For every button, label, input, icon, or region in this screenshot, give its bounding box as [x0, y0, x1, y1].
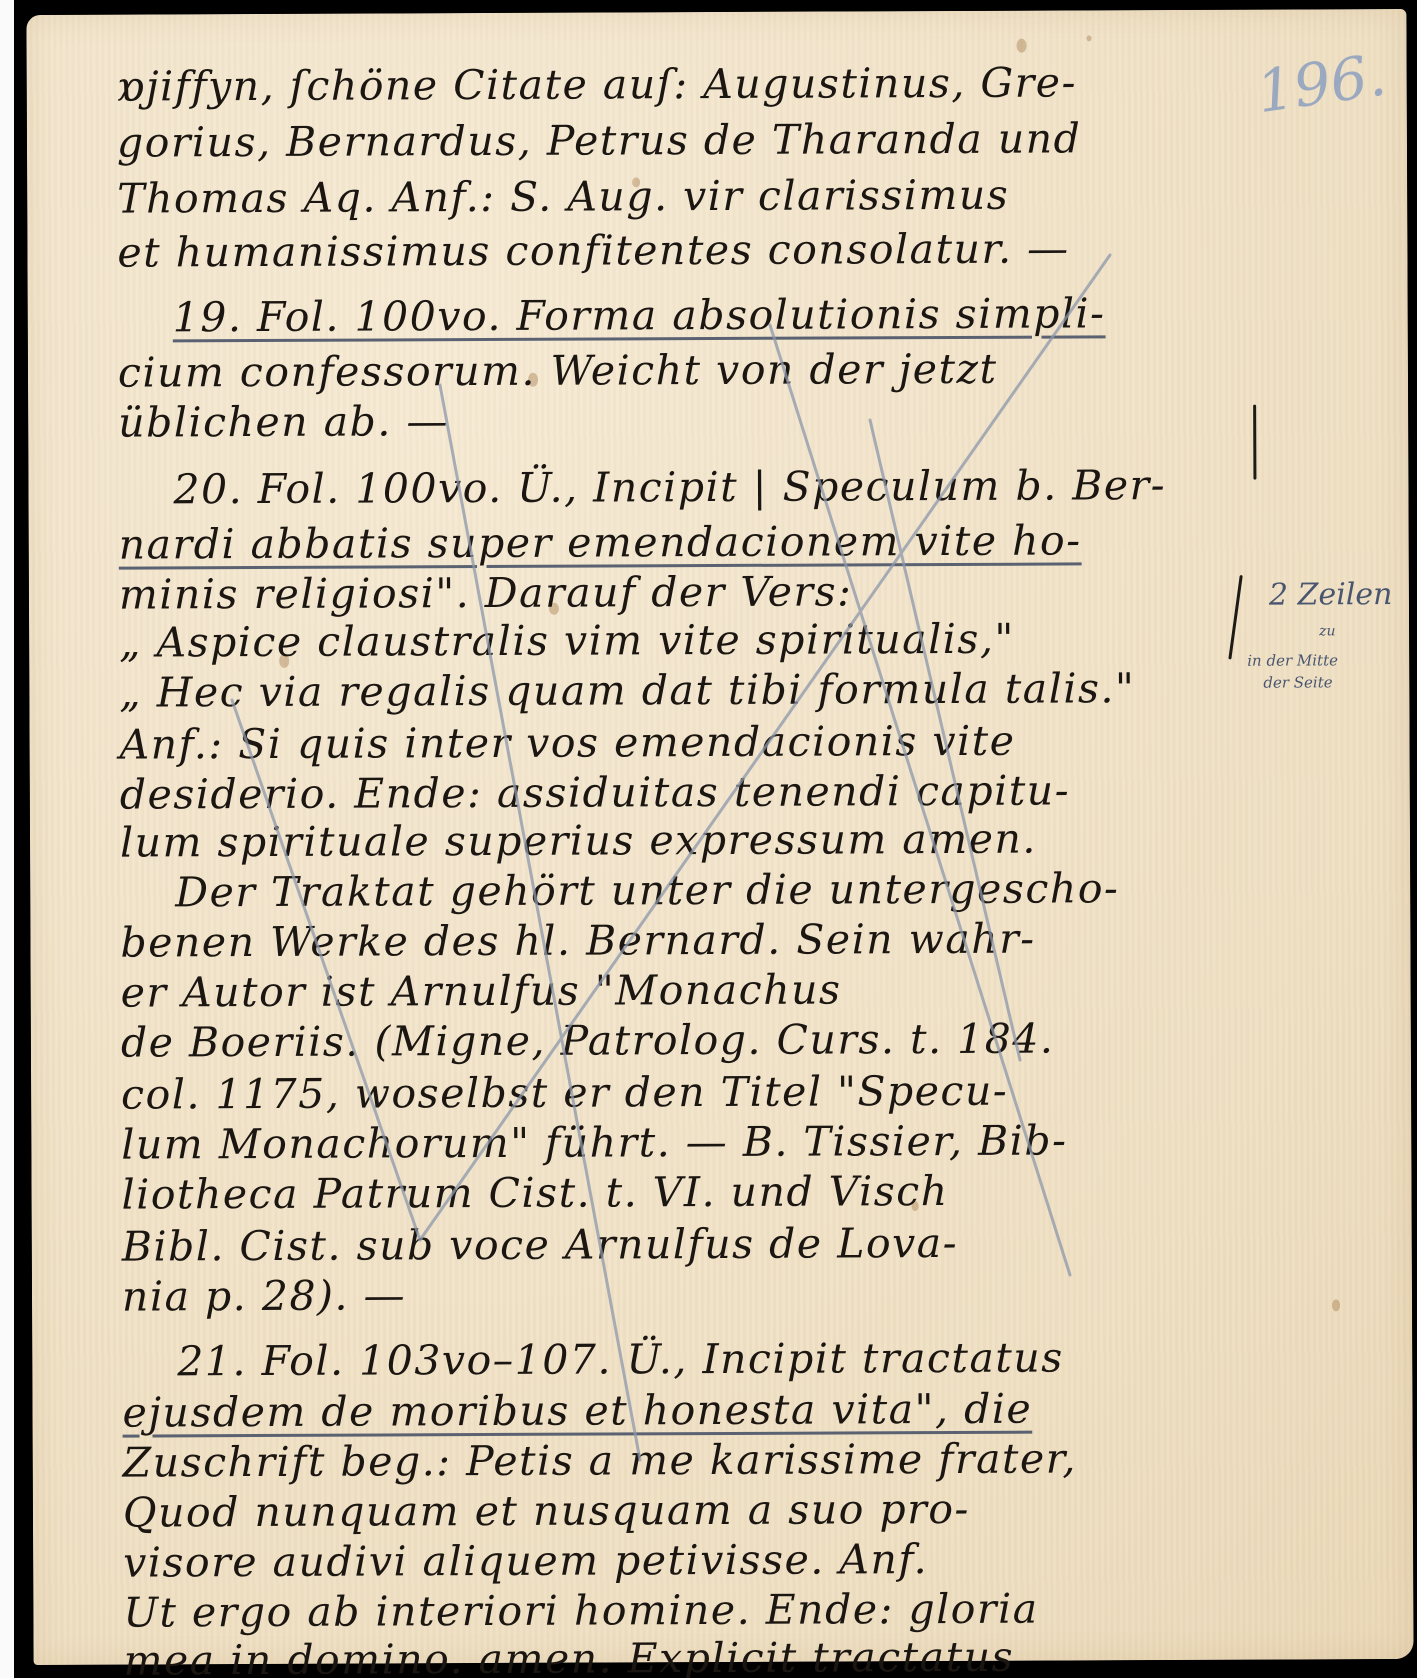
text-line: ejusdem de moribus et honesta vita", die [122, 1389, 1032, 1434]
text-line: Anf.: Si quis inter vos emendacionis vit… [120, 721, 1016, 766]
text-line: minis religiosi". Darauf der Vers: [119, 571, 853, 615]
text-line: lum Monachorum" führt. — B. Tissier, Bib… [121, 1120, 1067, 1165]
verse-line: „ Hec via regalis quam dat tibi formula … [119, 668, 1135, 713]
text-line: Ut ergo ab interiori homine. Ende: glori… [123, 1589, 1038, 1634]
margin-mark [1253, 405, 1256, 480]
entry-21-heading: 21. Fol. 103vo–107. Ü., Incipit tractatu… [177, 1338, 1064, 1383]
text-line: er Autor ist Arnulfus "Monachus [121, 969, 842, 1013]
ink-stain [1332, 1299, 1340, 1311]
manuscript-page: 196. ɒjiffyn, ſchöne Citate auſ: Augusti… [26, 9, 1413, 1665]
text-line: ɒjiffyn, ſchöne Citate auſ: Augustinus, … [117, 62, 1077, 107]
scan-left-strip [0, 0, 14, 1678]
margin-note-line3: in der Mitte [1247, 651, 1338, 669]
text-line: col. 1175, woselbst er den Titel "Specu- [121, 1071, 1008, 1116]
text-line: Bibl. Cist. sub voce Arnulfus de Lova- [122, 1223, 958, 1268]
text-line: desiderio. Ende: assiduitas tenendi capi… [120, 770, 1070, 815]
text-line: Der Traktat gehört unter die untergescho… [175, 868, 1119, 913]
text-line: nia p. 28). — [122, 1275, 406, 1317]
margin-note-line4: der Seite [1263, 673, 1332, 691]
ink-stain [1017, 39, 1027, 53]
text-line: gorius, Bernardus, Petrus de Tharanda un… [117, 118, 1082, 163]
text-line: mea in domino. amen. Explicit tractatus [124, 1637, 1015, 1678]
margin-mark [1228, 575, 1242, 660]
text-line: et humanissimus confitentes consolatur. … [117, 228, 1069, 273]
text-line: liotheca Patrum Cist. t. VI. und Visch [121, 1171, 948, 1216]
text-line: de Boeriis. (Migne, Patrolog. Curs. t. 1… [121, 1019, 1055, 1064]
entry-19-heading: 19. Fol. 100vo. Forma absolutionis simpl… [173, 293, 1106, 338]
verse-line: „ Aspice claustralis vim vite spirituali… [119, 619, 1015, 664]
margin-note-line1: 2 Zeilen [1269, 577, 1393, 613]
text-line: Thomas Aq. Anf.: S. Aug. vir clarissimus [117, 175, 1009, 220]
page-number: 196. [1253, 40, 1391, 126]
margin-note-line2: zu [1319, 623, 1335, 639]
text-line: visore audivi aliquem petivisse. Anf. [123, 1539, 928, 1584]
text-line: üblichen ab. — [118, 401, 449, 443]
ink-stain [1087, 35, 1092, 41]
text-line: cium confessorum. Weicht von der jetzt [118, 349, 998, 394]
text-line: Quod nunquam et nusquam a suo pro- [123, 1489, 970, 1534]
text-line: Zuschrift beg.: Petis a me karissime fra… [123, 1438, 1077, 1483]
text-line: lum spirituale superius expressum amen. [120, 819, 1037, 864]
text-line: nardi abbatis super emendacionem vite ho… [119, 520, 1082, 565]
entry-20-heading: 20. Fol. 100vo. Ü., Incipit | Speculum b… [173, 465, 1166, 510]
text-line: benen Werke des hl. Bernard. Sein wahr- [120, 919, 1035, 964]
